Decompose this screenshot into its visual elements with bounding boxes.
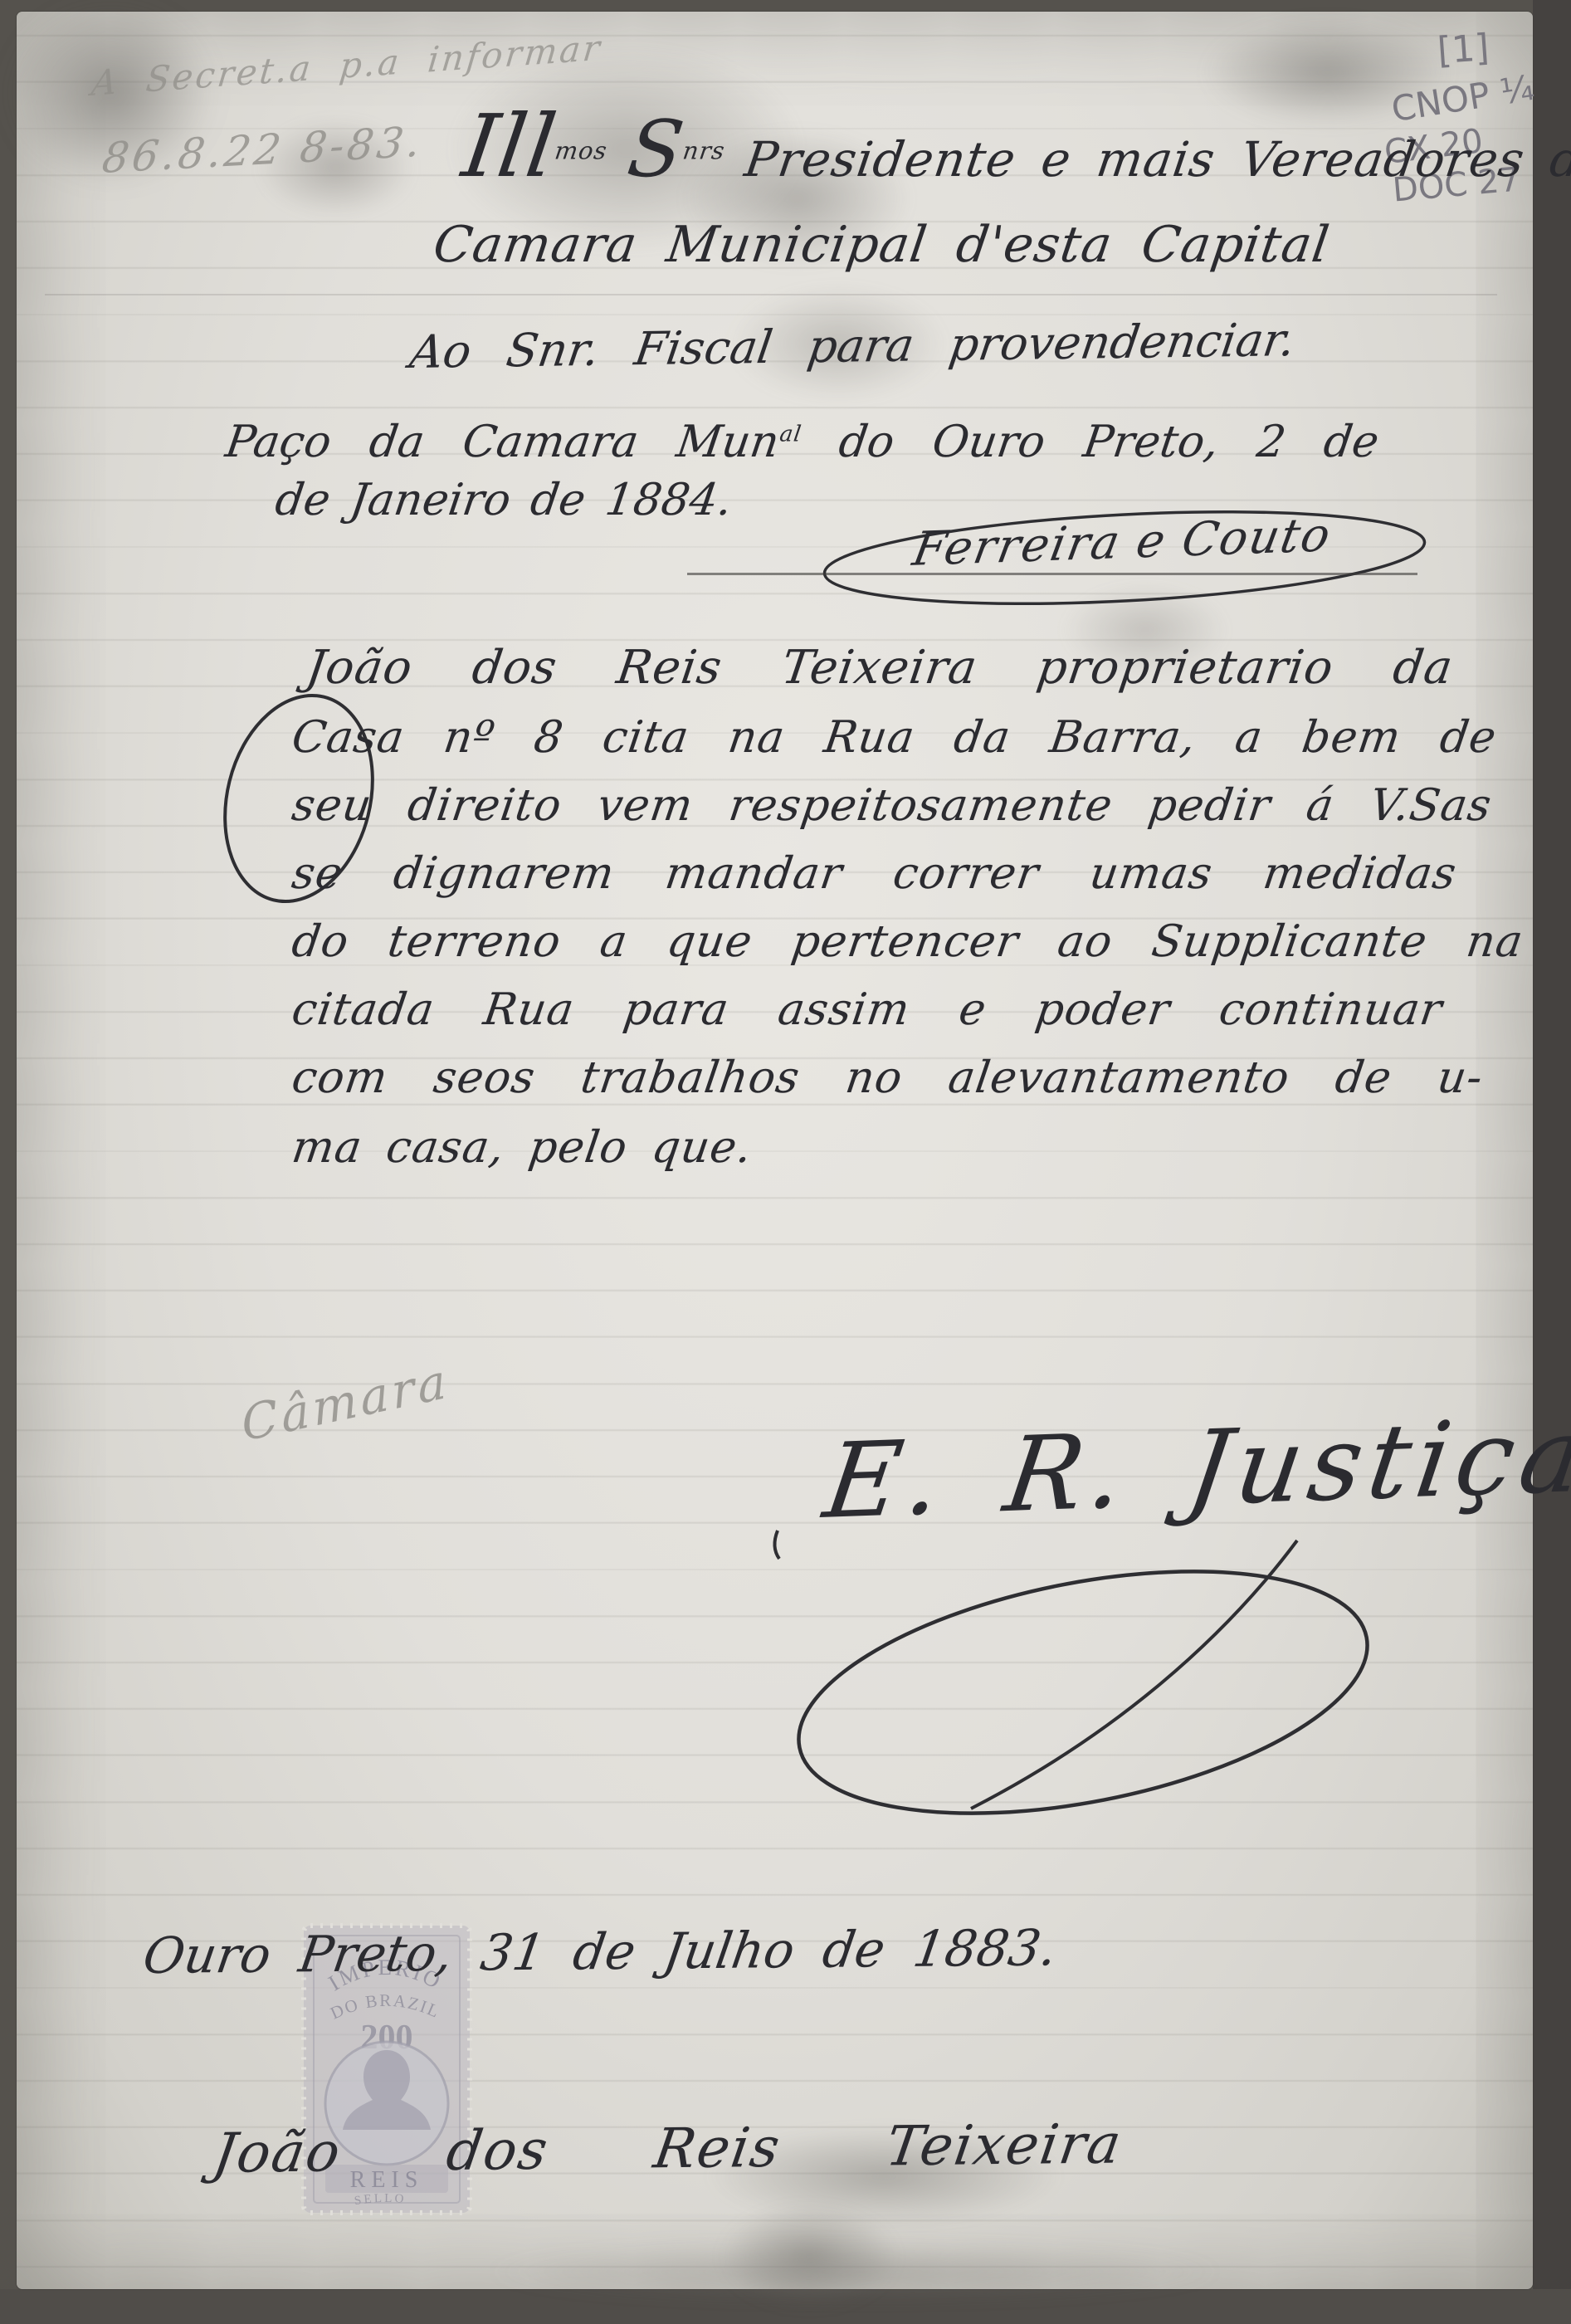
despacho-place-main: Paço da Camara Mun	[222, 417, 783, 467]
despacho-place-rest: do Ouro Preto, 2 de	[836, 417, 1382, 467]
salutation-initial: Ill	[456, 95, 563, 197]
senhores-superscript: nrs	[681, 137, 727, 165]
petition-line: seu direito vem respeitosamente pedir á …	[289, 780, 1495, 831]
signature-underline	[687, 573, 1417, 575]
document-paper: A Secret.a p.a informar 86.8.22 8-83. [1…	[17, 12, 1533, 2289]
closing-date-line: Ouro Preto, 31 de Julho de 1883.	[139, 1919, 1061, 1985]
senhores-initial: S	[622, 105, 690, 195]
petition-line: Casa nº 8 cita na Rua da Barra, a bem de	[289, 712, 1500, 763]
archival-index-mark: [1]	[1436, 27, 1490, 72]
petition-line: se dignarem mandar correr umas medidas	[289, 848, 1460, 899]
petition-line: João dos Reis Teixeira proprietario da	[303, 641, 1456, 695]
despacho-place-line: Paço da Camara Munal do Ouro Preto, 2 de	[222, 417, 1382, 467]
scan-edge-right	[1533, 0, 1571, 2324]
approval-signature-flourish	[759, 1539, 1407, 1846]
petition-line: citada Rua para assim e poder continuar	[289, 984, 1446, 1035]
petition-line: do terreno a que pertencer ao Supplicant…	[289, 916, 1526, 967]
ruled-accent-line	[45, 294, 1497, 295]
despacho-date-line: de Janeiro de 1884.	[272, 475, 735, 525]
salutation-rest: Presidente e mais Vereadores da	[741, 131, 1571, 188]
scan-edge-bottom	[0, 2289, 1571, 2324]
salutation-superscript: mos	[553, 137, 609, 165]
scanned-document-background: { "archival": { "index_mark": "[1]", "fo…	[0, 0, 1571, 2324]
petitioner-signature: João dos Reis Teixeira	[209, 2112, 1126, 2185]
salutation-line-2: Camara Municipal d'esta Capital	[430, 216, 1333, 274]
salutation-line: IllmosSnrsPresidente e mais Vereadores d…	[458, 110, 1571, 188]
petition-line: com seos trabalhos no alevantamento de u…	[289, 1052, 1486, 1103]
despacho-place-superscript: al	[778, 421, 803, 447]
petition-line: ma casa, pelo que.	[289, 1122, 755, 1173]
